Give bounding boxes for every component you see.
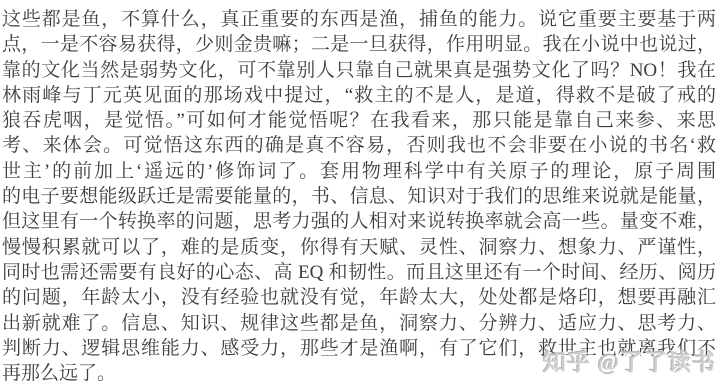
text-line-12: 的问题，年龄太小，没有经验也就没有觉，年龄太大，处处都是烙印，想要再融汇 [2, 285, 716, 310]
text-passage: 这些都是鱼，不算什么，真正重要的东西是渔，捕鱼的能力。说它重要主要基于两 点，一… [2, 7, 716, 386]
text-line-13: 出新就难了。信息、知识、规律这些都是鱼，洞察力、分辨力、适应力、思考力、 [2, 311, 716, 336]
text-line-1: 这些都是鱼，不算什么，真正重要的东西是渔，捕鱼的能力。说它重要主要基于两 [2, 7, 716, 32]
text-line-10: 慢慢积累就可以了，难的是质变，你得有天赋、灵性、洞察力、想象力、严谨性， [2, 235, 716, 260]
text-line-7: 世主’的前加上‘遥远的’修饰词了。套用物理科学中有关原子的理论，原子周围 [2, 159, 716, 184]
text-line-4: 林雨峰与丁元英见面的那场戏中提过，“救主的不是人，是道，得救不是破了戒的 [2, 83, 716, 108]
text-line-14: 判断力、逻辑思维能力、感受力，那些才是渔啊，有了它们，救世主也就离我们不 [2, 336, 716, 361]
text-line-15: 再那么远了。 [2, 361, 716, 386]
text-line-8: 的电子要想能级跃迁是需要能量的，书、信息、知识对于我们的思维来说就是能量， [2, 184, 716, 209]
text-line-6: 考、来体会。可觉悟这东西的确是真不容易，否则我也不会非要在小说的书名‘救 [2, 133, 716, 158]
text-line-9: 但这里有一个转换率的问题，思考力强的人相对来说转换率就会高一些。量变不难， [2, 209, 716, 234]
text-line-5: 狼吞虎咽，是觉悟。”可如何才能觉悟呢？在我看来，那只能是靠自己来参、来思 [2, 108, 716, 133]
text-line-11: 同时也需还需要有良好的心态、高 EQ 和韧性。而且这里还有一个时间、经历、阅历 [2, 260, 716, 285]
text-line-2: 点，一是不容易获得，少则金贵嘛；二是一旦获得，作用明显。我在小说中也说过， [2, 32, 716, 57]
document-page: 这些都是鱼，不算什么，真正重要的东西是渔，捕鱼的能力。说它重要主要基于两 点，一… [0, 0, 720, 387]
text-line-3: 靠的文化当然是弱势文化，可不靠别人只靠自己就果真是强势文化了吗？NO！我在 [2, 58, 716, 83]
